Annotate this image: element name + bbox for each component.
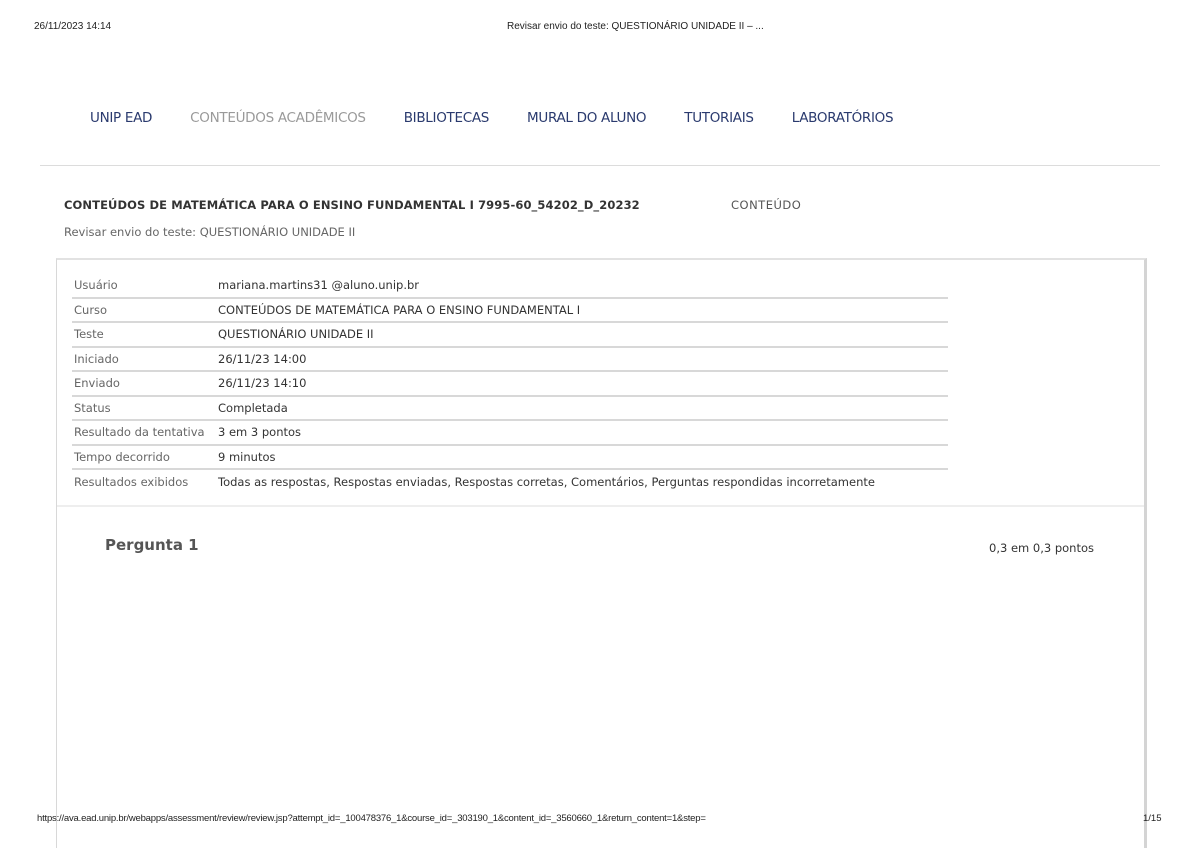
summary-value: 26/11/23 14:00 <box>216 347 948 372</box>
breadcrumb-content[interactable]: CONTEÚDO <box>731 198 801 212</box>
nav-divider <box>40 165 1160 166</box>
summary-label: Status <box>72 396 216 421</box>
table-row: Resultados exibidos Todas as respostas, … <box>72 469 948 494</box>
table-row: Resultado da tentativa 3 em 3 pontos <box>72 420 948 445</box>
summary-value: 26/11/23 14:10 <box>216 371 948 396</box>
summary-label: Curso <box>72 298 216 323</box>
summary-label: Usuário <box>72 273 216 298</box>
question-title: Pergunta 1 <box>105 536 199 554</box>
summary-label: Tempo decorrido <box>72 445 216 470</box>
print-datetime: 26/11/2023 14:14 <box>34 21 111 32</box>
nav-item-tutoriais[interactable]: TUTORIAIS <box>684 110 753 126</box>
table-row: Tempo decorrido 9 minutos <box>72 445 948 470</box>
table-row: Enviado 26/11/23 14:10 <box>72 371 948 396</box>
summary-value: QUESTIONÁRIO UNIDADE II <box>216 322 948 347</box>
attempt-summary-table: Usuário mariana.martins31 @aluno.unip.br… <box>72 273 948 494</box>
attempt-summary: Usuário mariana.martins31 @aluno.unip.br… <box>57 260 1144 507</box>
table-row: Teste QUESTIONÁRIO UNIDADE II <box>72 322 948 347</box>
breadcrumb-course[interactable]: CONTEÚDOS DE MATEMÁTICA PARA O ENSINO FU… <box>64 198 640 212</box>
table-row: Iniciado 26/11/23 14:00 <box>72 347 948 372</box>
nav-item-conteudos-academicos[interactable]: CONTEÚDOS ACADÊMICOS <box>190 110 366 126</box>
summary-value: 3 em 3 pontos <box>216 420 948 445</box>
print-page-title: Revisar envio do teste: QUESTIONÁRIO UNI… <box>507 21 764 32</box>
summary-value: Todas as respostas, Respostas enviadas, … <box>216 469 948 494</box>
review-panel: Usuário mariana.martins31 @aluno.unip.br… <box>56 258 1147 848</box>
nav-item-mural-do-aluno[interactable]: MURAL DO ALUNO <box>527 110 646 126</box>
summary-value: 9 minutos <box>216 445 948 470</box>
nav-item-bibliotecas[interactable]: BIBLIOTECAS <box>404 110 489 126</box>
summary-value: Completada <box>216 396 948 421</box>
print-footer-url: https://ava.ead.unip.br/webapps/assessme… <box>37 813 706 824</box>
summary-label: Iniciado <box>72 347 216 372</box>
table-row: Status Completada <box>72 396 948 421</box>
table-row: Usuário mariana.martins31 @aluno.unip.br <box>72 273 948 298</box>
table-row: Curso CONTEÚDOS DE MATEMÁTICA PARA O ENS… <box>72 298 948 323</box>
summary-label: Teste <box>72 322 216 347</box>
summary-label: Resultado da tentativa <box>72 420 216 445</box>
nav-item-unip-ead[interactable]: UNIP EAD <box>90 110 152 126</box>
print-page-number: 1/15 <box>1143 813 1162 824</box>
page-title: Revisar envio do teste: QUESTIONÁRIO UNI… <box>64 225 355 239</box>
top-navigation: UNIP EAD CONTEÚDOS ACADÊMICOS BIBLIOTECA… <box>90 110 931 126</box>
summary-label: Resultados exibidos <box>72 469 216 494</box>
summary-value: mariana.martins31 @aluno.unip.br <box>216 273 948 298</box>
summary-label: Enviado <box>72 371 216 396</box>
question-points: 0,3 em 0,3 pontos <box>989 541 1094 555</box>
summary-value: CONTEÚDOS DE MATEMÁTICA PARA O ENSINO FU… <box>216 298 948 323</box>
nav-item-laboratorios[interactable]: LABORATÓRIOS <box>792 110 894 126</box>
